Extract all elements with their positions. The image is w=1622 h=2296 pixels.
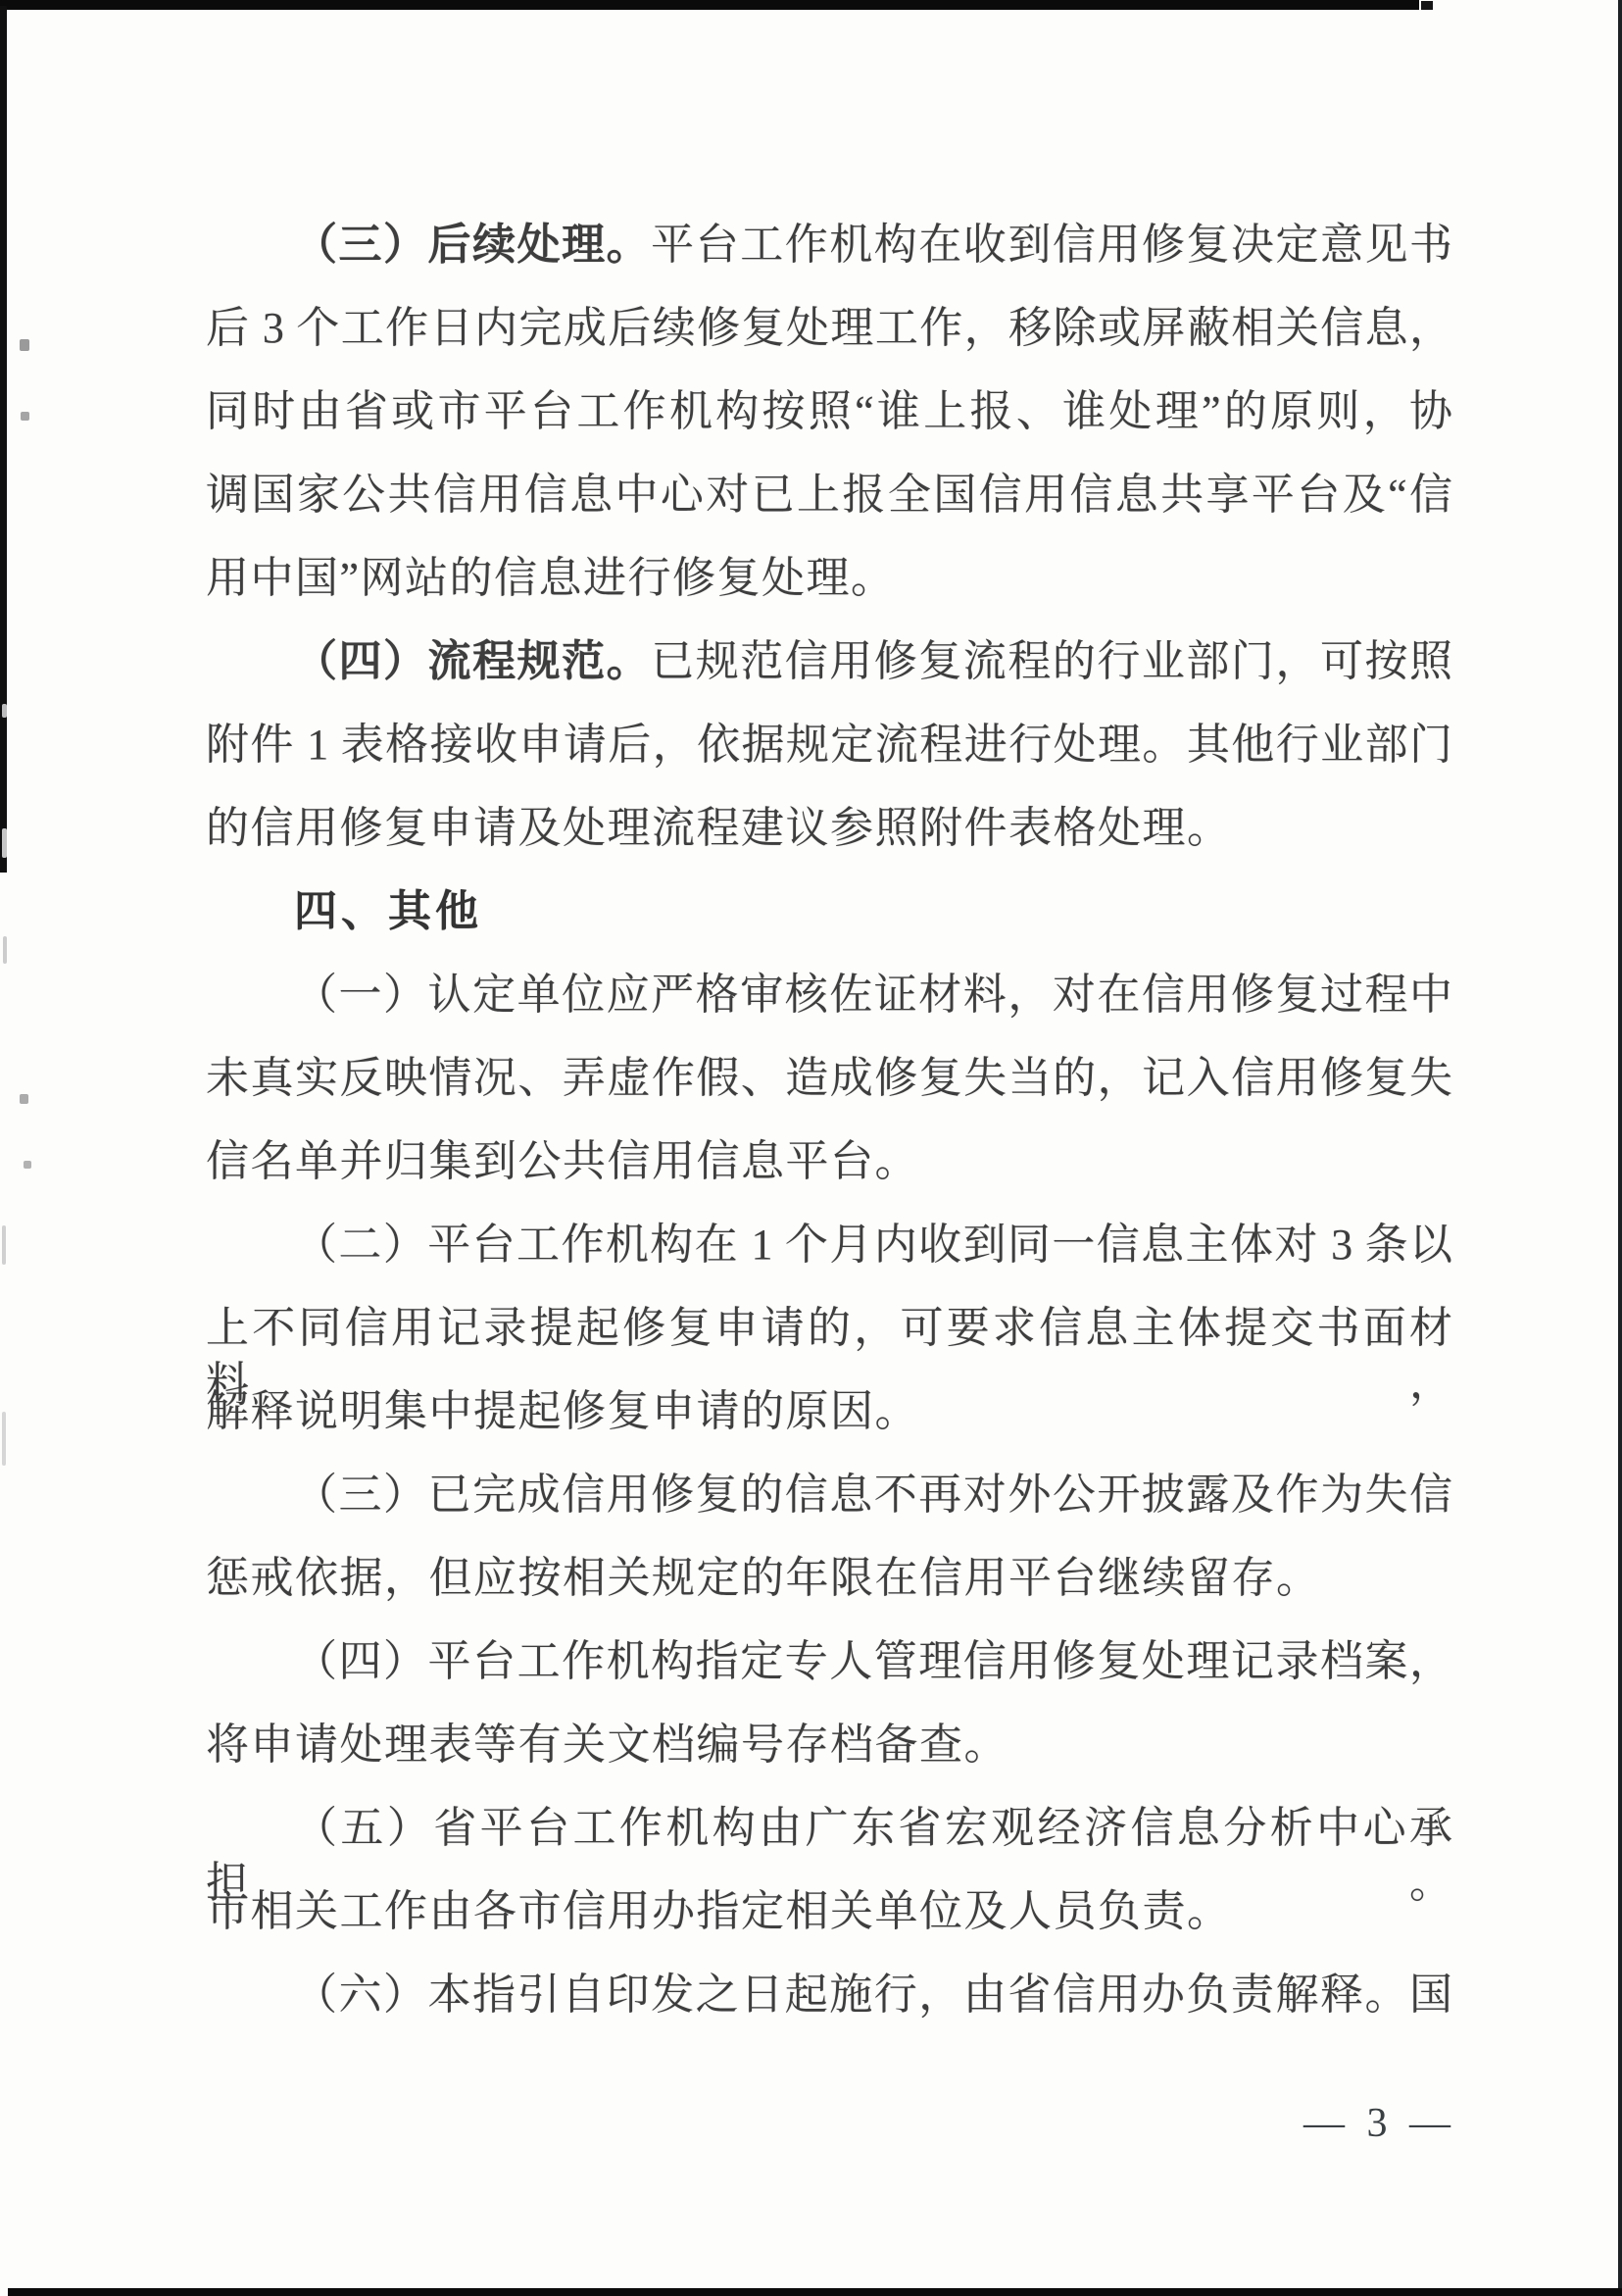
scan-edge-left xyxy=(0,6,7,873)
bold-text-segment: （三）后续处理。 xyxy=(294,221,651,269)
scan-speck xyxy=(24,1161,31,1169)
text-line: （三）已完成信用修复的信息不再对外公开披露及作为失信 xyxy=(206,1468,1452,1526)
scan-speck xyxy=(2,1225,6,1265)
text-segment: （二）平台工作机构在 1 个月内收到同一信息主体对 3 条以 xyxy=(294,1221,1452,1269)
scan-edge-right xyxy=(1618,0,1622,2296)
text-line: 同时由省或市平台工作机构按照“谁上报、谁处理”的原则，协 xyxy=(206,384,1452,443)
text-segment: 用中国”网站的信息进行修复处理。 xyxy=(206,554,896,602)
text-segment: 解释说明集中提起修复申请的原因。 xyxy=(206,1387,919,1435)
text-line: （一）认定单位应严格审核佐证材料，对在信用修复过程中 xyxy=(206,968,1452,1026)
text-line: 市相关工作由各市信用办指定相关单位及人员负责。 xyxy=(206,1884,1452,1943)
document-page: （三）后续处理。平台工作机构在收到信用修复决定意见书后 3 个工作日内完成后续修… xyxy=(0,0,1622,2296)
text-segment: 附件 1 表格接收申请后，依据规定流程进行处理。其他行业部门 xyxy=(206,721,1452,769)
text-line: 后 3 个工作日内完成后续修复处理工作，移除或屏蔽相关信息， xyxy=(206,301,1452,360)
text-segment: 信名单并归集到公共信用信息平台。 xyxy=(206,1137,919,1185)
text-line: 上不同信用记录提起修复申请的，可要求信息主体提交书面材料， xyxy=(206,1301,1452,1360)
text-line: （四）平台工作机构指定专人管理信用修复处理记录档案， xyxy=(206,1634,1452,1693)
text-line: （五）省平台工作机构由广东省宏观经济信息分析中心承担。 xyxy=(206,1801,1452,1860)
text-line: 未真实反映情况、弄虚作假、造成修复失当的，记入信用修复失 xyxy=(206,1051,1452,1110)
text-segment: 惩戒依据，但应按相关规定的年限在信用平台继续留存。 xyxy=(206,1554,1321,1602)
bold-text-segment: （四）流程规范。 xyxy=(294,637,651,685)
text-segment: （四）平台工作机构指定专人管理信用修复处理记录档案， xyxy=(294,1637,1452,1685)
section-heading: 四、其他 xyxy=(206,884,1452,943)
text-line: 附件 1 表格接收申请后，依据规定流程进行处理。其他行业部门 xyxy=(206,718,1452,776)
scan-edge-bottom xyxy=(8,2288,1622,2296)
text-segment: 同时由省或市平台工作机构按照“谁上报、谁处理”的原则，协 xyxy=(206,387,1452,435)
text-line: 用中国”网站的信息进行修复处理。 xyxy=(206,551,1452,610)
text-line: （六）本指引自印发之日起施行，由省信用办负责解释。国 xyxy=(206,1968,1452,2026)
text-segment: 将申请处理表等有关文档编号存档备查。 xyxy=(206,1721,1008,1769)
text-line: 惩戒依据，但应按相关规定的年限在信用平台继续留存。 xyxy=(206,1551,1452,1610)
text-segment: 平台工作机构在收到信用修复决定意见书 xyxy=(651,221,1452,269)
text-line: （四）流程规范。已规范信用修复流程的行业部门，可按照 xyxy=(206,634,1452,693)
text-segment: 的信用修复申请及处理流程建议参照附件表格处理。 xyxy=(206,804,1232,852)
scan-speck xyxy=(3,936,7,964)
text-line: 调国家公共信用信息中心对已上报全国信用信息共享平台及“信 xyxy=(206,468,1452,526)
text-line: 解释说明集中提起修复申请的原因。 xyxy=(206,1384,1452,1443)
scan-speck xyxy=(2,828,7,858)
text-segment: （三）已完成信用修复的信息不再对外公开披露及作为失信 xyxy=(294,1471,1452,1519)
text-segment: （一）认定单位应严格审核佐证材料，对在信用修复过程中 xyxy=(294,971,1452,1019)
text-line: 将申请处理表等有关文档编号存档备查。 xyxy=(206,1718,1452,1776)
text-segment: （六）本指引自印发之日起施行，由省信用办负责解释。国 xyxy=(294,1971,1452,2019)
text-line: （二）平台工作机构在 1 个月内收到同一信息主体对 3 条以 xyxy=(206,1218,1452,1276)
text-line: 的信用修复申请及处理流程建议参照附件表格处理。 xyxy=(206,801,1452,860)
text-segment: 市相关工作由各市信用办指定相关单位及人员负责。 xyxy=(206,1887,1232,1935)
scan-speck xyxy=(2,704,7,718)
page-number: — 3 — xyxy=(1303,2100,1456,2147)
scan-speck xyxy=(21,412,29,421)
bold-text-segment: 四、其他 xyxy=(294,887,482,935)
scan-edge-top xyxy=(0,0,1419,10)
text-segment: 后 3 个工作日内完成后续修复处理工作，移除或屏蔽相关信息， xyxy=(206,304,1452,352)
scan-speck xyxy=(20,1094,28,1104)
text-segment: 未真实反映情况、弄虚作假、造成修复失当的，记入信用修复失 xyxy=(206,1054,1452,1102)
text-segment: 已规范信用修复流程的行业部门，可按照 xyxy=(651,637,1452,685)
scan-speck xyxy=(2,1412,6,1466)
text-line: 信名单并归集到公共信用信息平台。 xyxy=(206,1134,1452,1193)
text-line: （三）后续处理。平台工作机构在收到信用修复决定意见书 xyxy=(206,218,1452,276)
scan-speck xyxy=(20,339,29,351)
text-segment: 调国家公共信用信息中心对已上报全国信用信息共享平台及“信 xyxy=(206,471,1452,519)
